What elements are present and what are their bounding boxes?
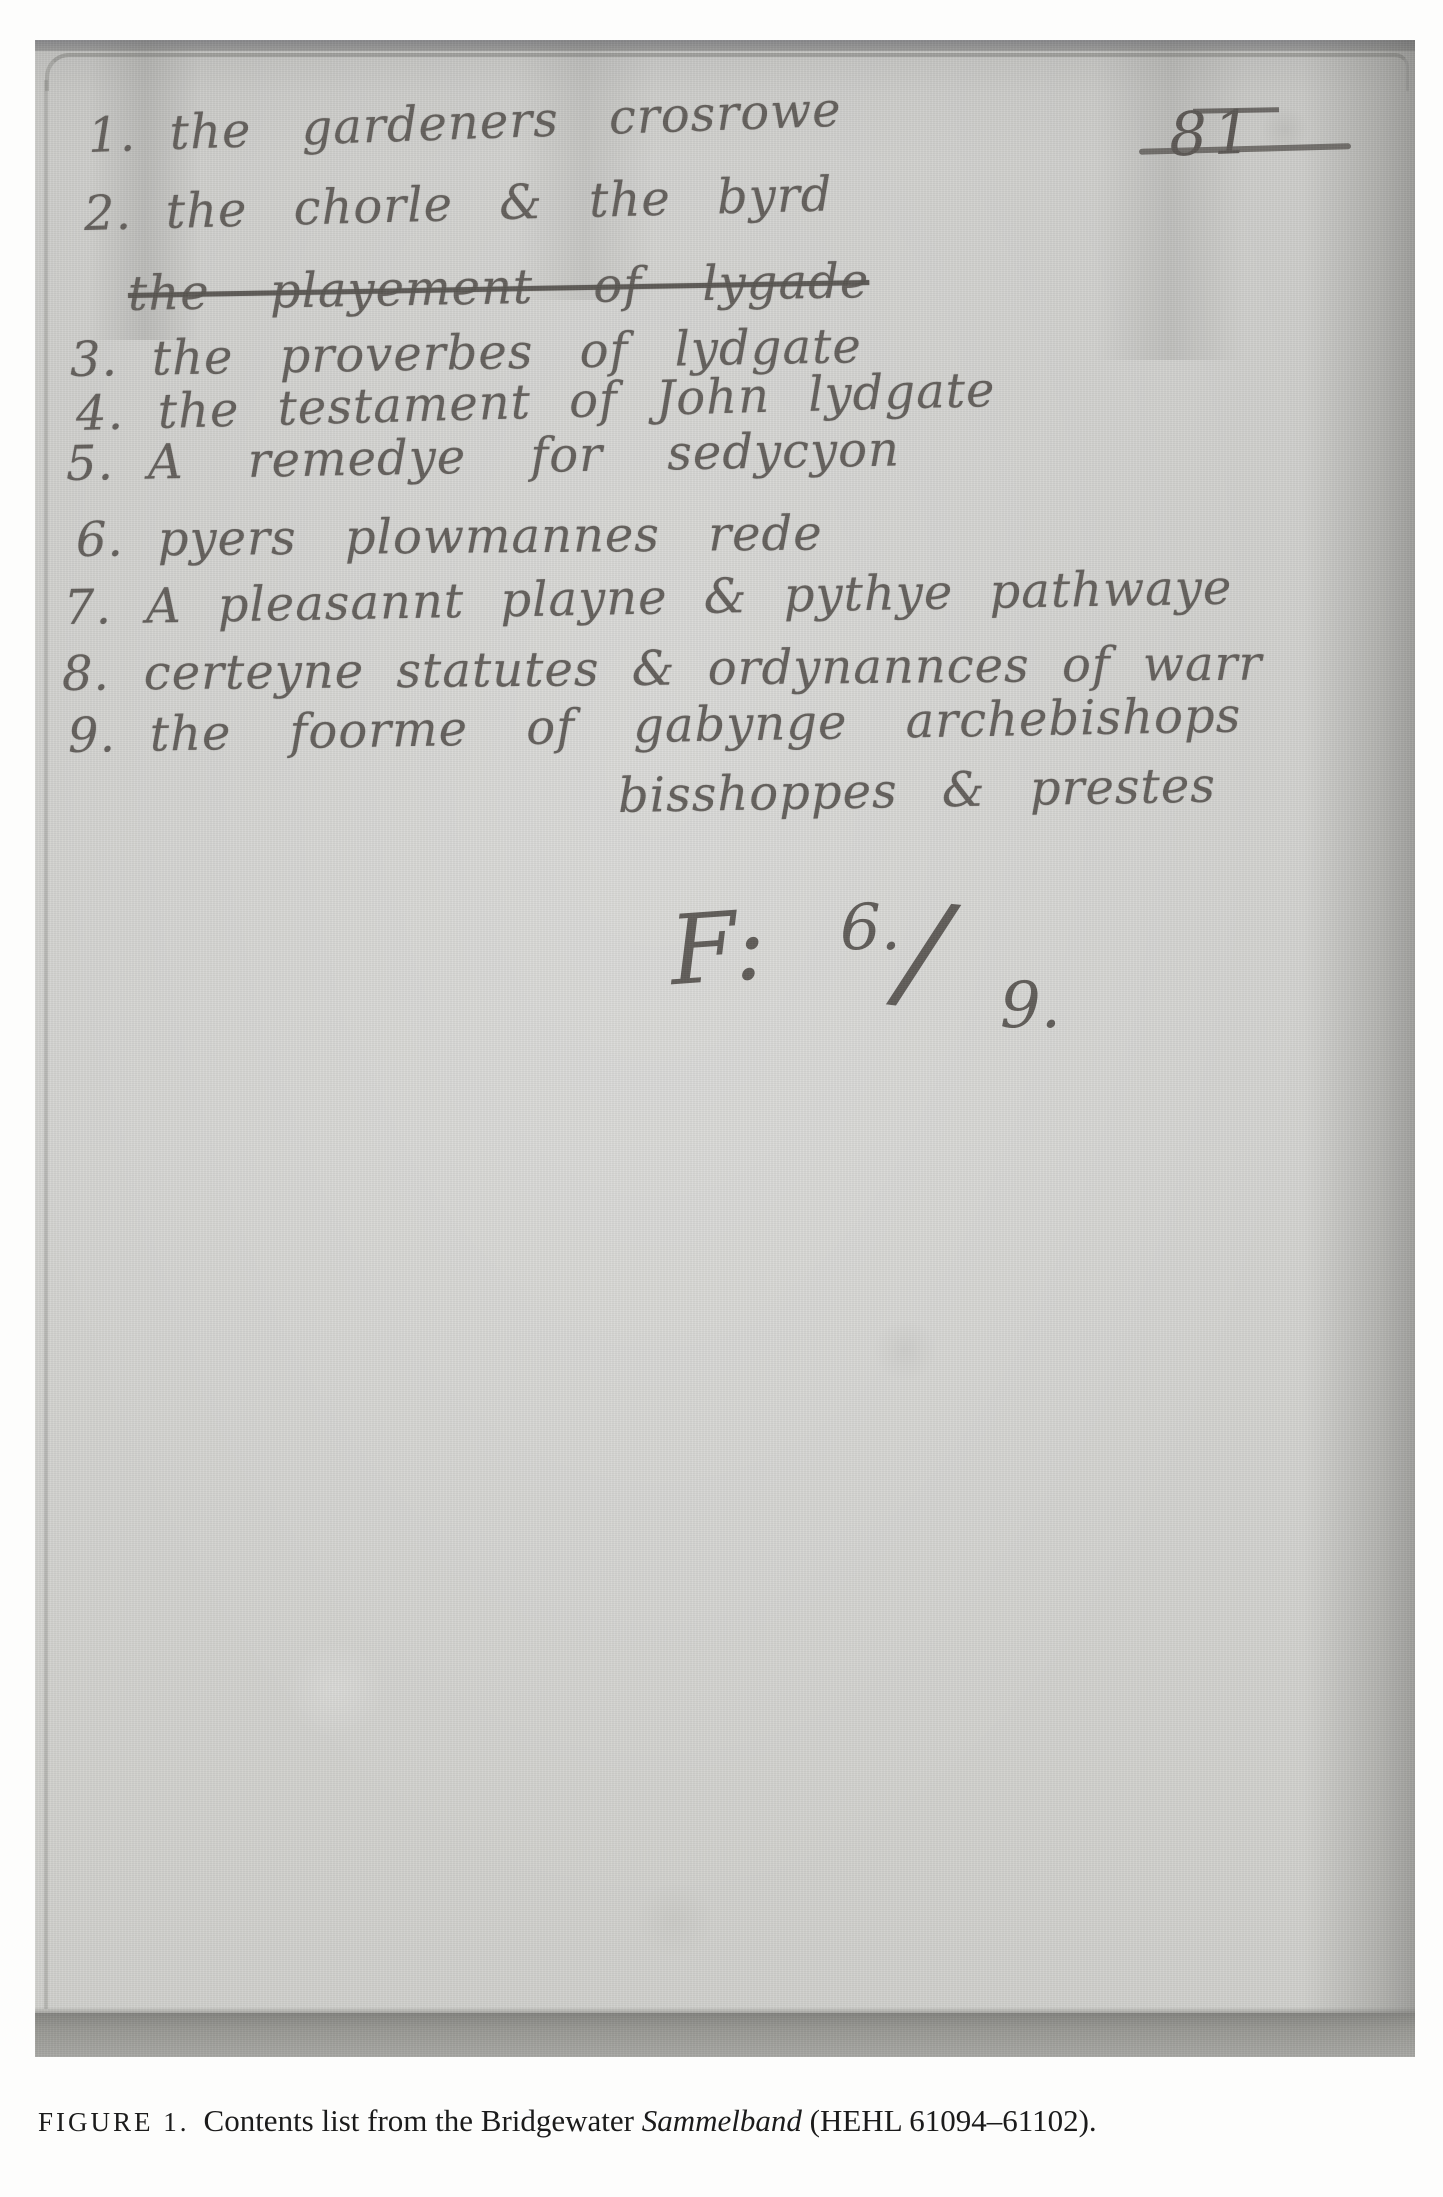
entry-number: 1. <box>87 110 136 160</box>
struck-folio-number: 81 <box>1153 98 1373 188</box>
entry-number: 5. <box>66 439 115 488</box>
shelfmark-slash: / <box>895 884 952 1018</box>
entry-text: bisshoppes & prestes <box>618 758 1217 824</box>
entry-text: pyers plowmannes rede <box>158 505 823 567</box>
entry-number: 7. <box>64 583 113 632</box>
contents-entry-7: 7.A pleasannt playne & pythye pathwaye <box>64 564 1233 632</box>
entry-text: the playement of lygade <box>128 253 870 322</box>
contents-entry-2: 2.the chorle & the byrd <box>83 170 833 238</box>
entry-number: 8. <box>62 650 110 698</box>
folio-bar-stroke <box>1193 107 1279 114</box>
shelfmark-lower-number: 9. <box>1000 974 1061 1038</box>
figure-caption-text: Contents list from the Bridgewater <box>204 2103 642 2138</box>
manuscript-photo: 1.the gardeners crosrowe 2.the chorle & … <box>35 40 1415 2057</box>
leaf-left-edge <box>44 80 48 2009</box>
photo-top-edge <box>35 40 1415 51</box>
page-curve-shadow <box>1303 40 1415 2015</box>
shelfmark: F: 6. / 9. <box>670 900 1050 1080</box>
page: 1.the gardeners crosrowe 2.the chorle & … <box>0 0 1443 2197</box>
entry-text: the gardeners crosrowe <box>169 82 843 161</box>
contents-entry-struck: the playement of lygade <box>128 257 870 318</box>
entry-text: A pleasannt playne & pythye pathwaye <box>145 560 1232 635</box>
contents-entry-6: 6.pyers plowmannes rede <box>76 509 823 564</box>
shelfmark-prefix: F: <box>667 897 769 999</box>
figure-caption-text-after: (HEHL 61094–61102). <box>802 2103 1097 2138</box>
figure-caption-label: FIGURE 1. <box>38 2107 190 2137</box>
entry-number: 6. <box>76 516 124 564</box>
shelfmark-upper-number: 6. <box>840 896 901 960</box>
entry-number: 9. <box>68 711 117 760</box>
contents-entry-1: 1.the gardeners crosrowe <box>87 86 842 160</box>
book-edge-strip <box>35 2013 1415 2057</box>
entry-text: the chorle & the byrd <box>165 166 833 239</box>
entry-number: 2. <box>83 189 132 238</box>
contents-entry-9: 9.the foorme of gabynge archebishops <box>68 692 1242 760</box>
entry-number: 4. <box>75 389 124 438</box>
entry-text: A remedye for sedycyon <box>147 421 900 490</box>
contents-entry-8: 8.certeyne statutes & ordynannces of war… <box>62 640 1263 698</box>
figure-caption-italic-term: Sammelband <box>642 2103 802 2138</box>
entry-number: 3. <box>70 335 119 384</box>
contents-entry-9-continued: bisshoppes & prestes <box>618 762 1217 820</box>
contents-entry-5: 5.A remedye for sedycyon <box>66 425 901 488</box>
figure-caption: FIGURE 1.Contents list from the Bridgewa… <box>38 2102 1368 2141</box>
